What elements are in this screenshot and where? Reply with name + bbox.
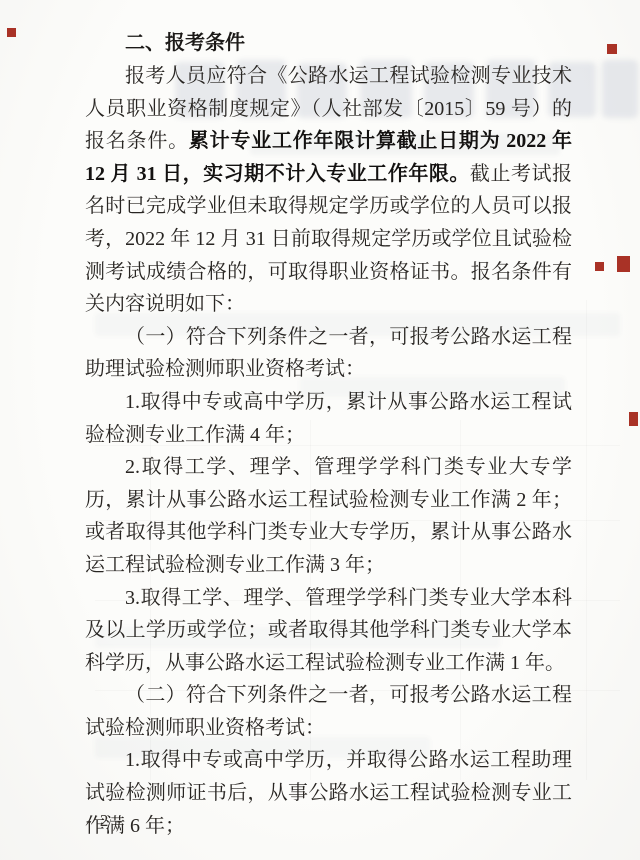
paragraph-condition-1: （一）符合下列条件之一者，可报考公路水运工程助理试验检测师职业资格考试： bbox=[85, 321, 572, 386]
red-scan-mark bbox=[595, 262, 604, 271]
paragraph-condition-1-item-3: 3.取得工学、理学、管理学学科门类专业大学本科及以上学历或学位；或者取得其他学科… bbox=[85, 582, 572, 680]
red-scan-mark bbox=[7, 28, 16, 37]
intro-tail-text: 截止考试报名时已完成学业但未取得规定学历或学位的人员可以报考，2022 年 12… bbox=[85, 163, 572, 315]
red-scan-mark bbox=[629, 412, 638, 426]
paragraph-condition-2-item-1: 1.取得中专或高中学历，并取得公路水运工程助理试验检测师证书后，从事公路水运工程… bbox=[85, 744, 572, 842]
document-body: 二、报考条件 报考人员应符合《公路水运工程试验检测专业技术人员职业资格制度规定》… bbox=[85, 26, 572, 842]
ghost-glyph bbox=[602, 60, 638, 118]
red-scan-mark bbox=[617, 256, 630, 272]
page-number: - 2 - bbox=[86, 811, 124, 831]
ghost-table-line bbox=[586, 300, 587, 780]
paragraph-condition-2: （二）符合下列条件之一者，可报考公路水运工程试验检测师职业资格考试： bbox=[85, 679, 572, 744]
red-scan-mark bbox=[607, 44, 617, 54]
paragraph-intro: 报考人员应符合《公路水运工程试验检测专业技术人员职业资格制度规定》（人社部发〔2… bbox=[85, 60, 572, 321]
paragraph-condition-1-item-1: 1.取得中专或高中学历，累计从事公路水运工程试验检测专业工作满 4 年； bbox=[85, 386, 572, 451]
paragraph-condition-1-item-2: 2.取得工学、理学、管理学学科门类专业大专学历，累计从事公路水运工程试验检测专业… bbox=[85, 451, 572, 581]
section-heading: 二、报考条件 bbox=[85, 26, 572, 60]
